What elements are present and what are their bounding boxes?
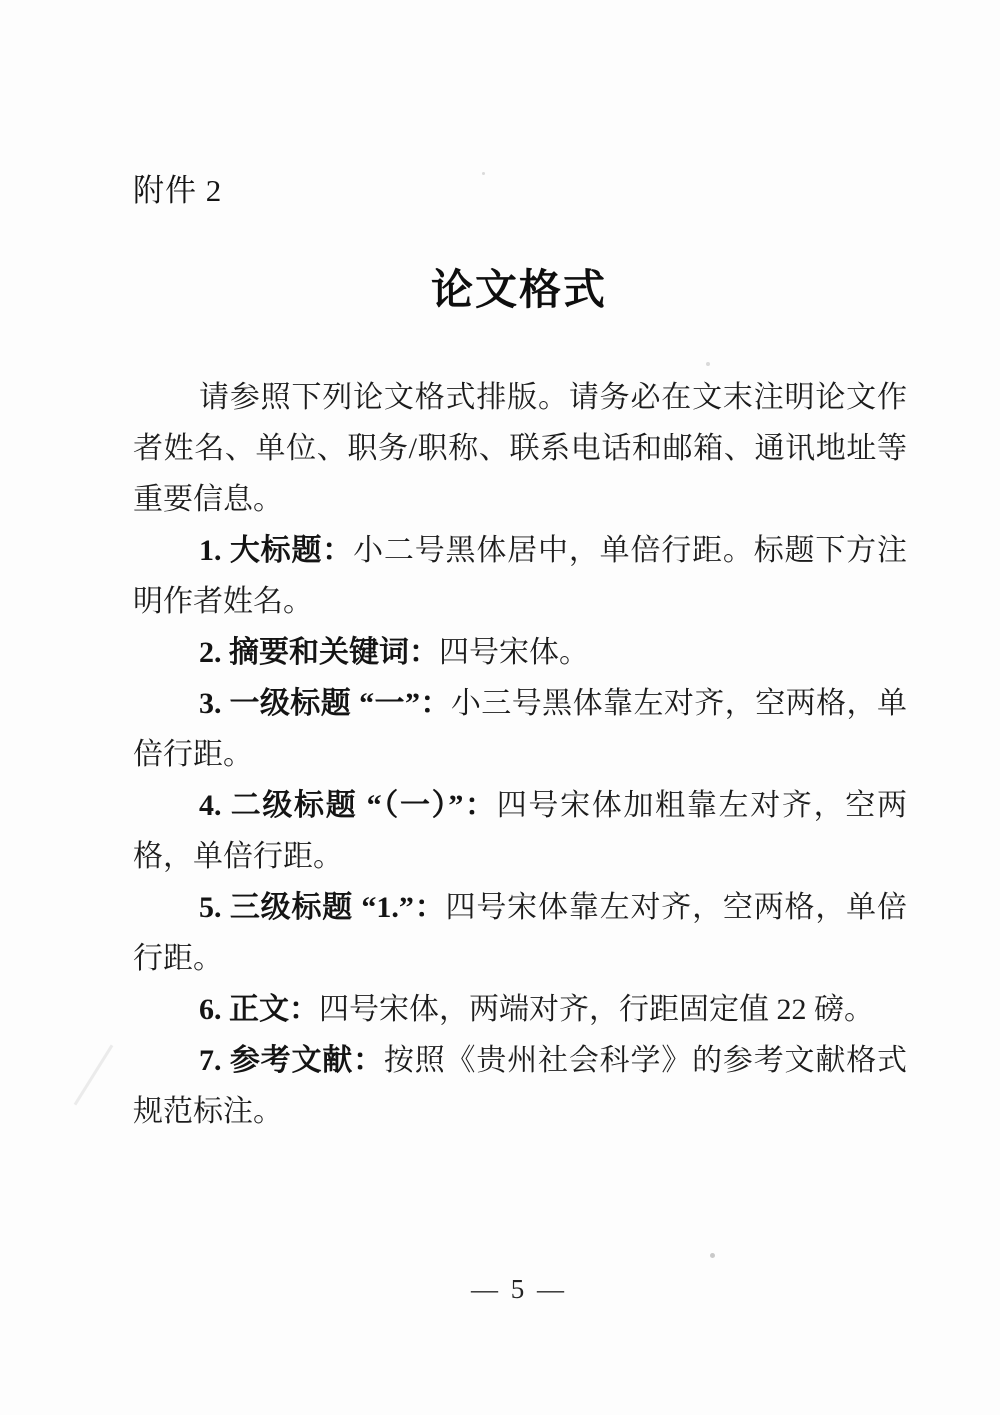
item-7-label: 7. 参考文献：	[199, 1044, 384, 1077]
item-1-label: 1. 大标题：	[199, 534, 353, 567]
item-2-text: 四号宋体。	[439, 636, 589, 669]
page-number: — 5 —	[133, 1274, 905, 1305]
scanned-document-page: 附件 2 论文格式 请参照下列论文格式排版。请务必在文末注明论文作者姓名、单位、…	[0, 0, 1000, 1415]
format-item-3: 3. 一级标题 “一”：小三号黑体靠左对齐，空两格，单倍行距。	[133, 678, 907, 780]
item-5-label: 5. 三级标题 “1.”：	[199, 891, 446, 924]
item-6-text: 四号宋体，两端对齐，行距固定值 22 磅。	[319, 993, 874, 1026]
item-6-label: 6. 正文：	[199, 993, 319, 1026]
item-3-label: 3. 一级标题 “一”：	[199, 687, 451, 720]
format-item-2: 2. 摘要和关键词：四号宋体。	[133, 627, 907, 678]
format-item-1: 1. 大标题：小二号黑体居中，单倍行距。标题下方注明作者姓名。	[133, 525, 907, 627]
item-2-label: 2. 摘要和关键词：	[199, 636, 439, 669]
document-body: 请参照下列论文格式排版。请务必在文末注明论文作者姓名、单位、职务/职称、联系电话…	[133, 372, 907, 1137]
scan-speck	[710, 1253, 715, 1258]
scan-speck	[482, 172, 485, 175]
format-item-4: 4. 二级标题 “（一）”：四号宋体加粗靠左对齐，空两格，单倍行距。	[133, 780, 907, 882]
format-item-6: 6. 正文：四号宋体，两端对齐，行距固定值 22 磅。	[133, 984, 907, 1035]
scan-speck	[706, 362, 710, 366]
format-item-7: 7. 参考文献：按照《贵州社会科学》的参考文献格式规范标注。	[133, 1035, 907, 1137]
scan-scratch	[74, 1045, 114, 1106]
attachment-label: 附件 2	[133, 172, 222, 210]
item-4-label: 4. 二级标题 “（一）”：	[199, 789, 497, 822]
document-title: 论文格式	[133, 266, 905, 316]
format-item-5: 5. 三级标题 “1.”：四号宋体靠左对齐，空两格，单倍行距。	[133, 882, 907, 984]
intro-paragraph: 请参照下列论文格式排版。请务必在文末注明论文作者姓名、单位、职务/职称、联系电话…	[133, 372, 907, 525]
